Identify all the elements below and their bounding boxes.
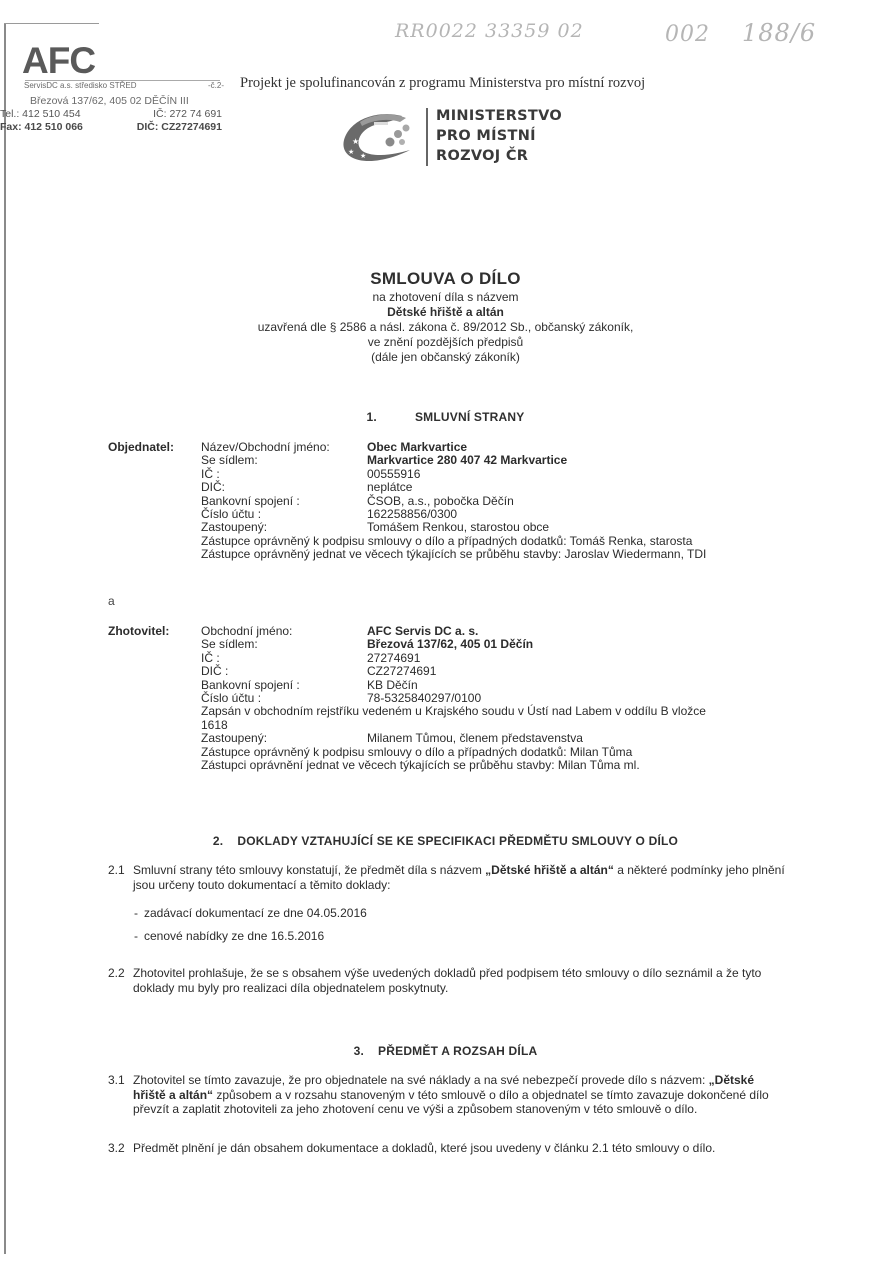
clause-number: 2.1 [108,863,125,878]
handwritten-reference: RR0022 33359 02 [395,20,584,42]
detail-value: CZ27274691 [367,665,436,678]
section-number: 1. [367,410,377,424]
company-stamp: AFC ServisDC a.s. středisko STŘED -č.2- … [0,40,230,140]
section-heading-2: 2.DOKLADY VZTAHUJÍCÍ SE KE SPECIFIKACI P… [0,834,891,848]
handwritten-number: 188/6 [742,19,816,47]
section-title: PŘEDMĚT A ROZSAH DÍLA [378,1044,537,1058]
detail-key: Se sídlem: [201,454,367,467]
detail-value: 162258856/0300 [367,508,457,521]
clause-text: Předmět plnění je dán obsahem dokumentac… [133,1141,788,1156]
svg-text:★: ★ [360,152,366,160]
clause-text-part: Smluvní strany této smlouvy konstatují, … [133,863,485,877]
ministry-divider [426,108,428,166]
title-line: uzavřená dle § 2586 a násl. zákona č. 89… [0,320,891,335]
stamp-fax: Fax: 412 510 066 [0,121,83,133]
project-name: Dětské hřiště a altán [0,305,891,320]
party-details: Obchodní jméno:AFC Servis DC a. s. Se sí… [201,625,891,772]
detail-value: Tomášem Renkou, starostou obce [367,521,549,534]
stamp-tel: Tel.: 412 510 454 [0,108,81,120]
detail-key: Obchodní jméno: [201,625,367,638]
detail-key: DIČ: [201,481,367,494]
detail-key: Název/Obchodní jméno: [201,441,367,454]
detail-row: DIČ :CZ27274691 [201,665,891,678]
commercial-register-insert: 1618 [201,719,891,732]
clause-2-1: 2.1 Smluvní strany této smlouvy konstatu… [108,863,788,892]
detail-value: 00555916 [367,468,420,481]
detail-row: Se sídlem:Markvartice 280 407 42 Markvar… [201,454,891,467]
detail-row: IČ :00555916 [201,468,891,481]
detail-row: Bankovní spojení :KB Děčín [201,679,891,692]
title-line: ve znění pozdějších předpisů [0,335,891,350]
party-label: Zhotovitel: [108,625,169,638]
detail-row: Obchodní jméno:AFC Servis DC a. s. [201,625,891,638]
document-list-item: -cenové nabídky ze dne 16.5.2016 [134,929,324,943]
party-details: Název/Obchodní jméno:Obec Markvartice Se… [201,441,891,562]
detail-key: Zastoupený: [201,732,367,745]
section-title: SMLUVNÍ STRANY [415,410,524,424]
commercial-register: Zapsán v obchodním rejstříku vedeném u K… [201,705,891,718]
clause-text: Zhotovitel se tímto zavazuje, že pro obj… [133,1073,788,1117]
funding-note: Projekt je spolufinancován z programu Mi… [240,75,645,92]
detail-row: Zastoupený:Milanem Tůmou, členem předsta… [201,732,891,745]
title-line: (dále jen občanský zákoník) [0,350,891,365]
clause-text-part: Zhotovitel se tímto zavazuje, že pro obj… [133,1073,709,1087]
ministry-name: MINISTERSTVO PRO MÍSTNÍ ROZVOJ ČR [436,106,562,166]
detail-row: DIČ:neplátce [201,481,891,494]
clause-project-name: „Dětské hřiště a altán“ [485,863,614,877]
detail-value: Obec Markvartice [367,441,467,454]
section-heading-3: 3.PŘEDMĚT A ROZSAH DÍLA [0,1044,891,1058]
ministry-line-2: PRO MÍSTNÍ [436,126,562,146]
ministry-line-1: MINISTERSTVO [436,106,562,126]
signing-representative: Zástupce oprávněný k podpisu smlouvy o d… [201,535,891,548]
clause-number: 2.2 [108,966,125,981]
construction-representative: Zástupce oprávněný jednat ve věcech týka… [201,548,891,561]
contract-title: SMLOUVA O DÍLO [0,268,891,290]
detail-value: neplátce [367,481,412,494]
clause-number: 3.2 [108,1141,125,1156]
stamp-ic: IČ: 272 74 691 [153,108,222,120]
contract-title-block: SMLOUVA O DÍLO na zhotovení díla s názve… [0,268,891,365]
list-item-text: zadávací dokumentací ze dne 04.05.2016 [144,906,367,920]
detail-key: DIČ : [201,665,367,678]
stamp-subline-left: ServisDC a.s. středisko STŘED [24,81,136,90]
clause-2-2: 2.2 Zhotovitel prohlašuje, že se s obsah… [108,966,788,995]
ministry-emblem-icon: ★ ★ ★ [340,108,418,166]
detail-key: IČ : [201,468,367,481]
clause-text-part: způsobem a v rozsahu stanoveným v této s… [133,1088,769,1117]
section-heading-1: 1.SMLUVNÍ STRANY [0,410,891,424]
conjunction: a [108,594,115,608]
detail-row: Se sídlem:Březová 137/62, 405 01 Děčín [201,638,891,651]
detail-key: Se sídlem: [201,638,367,651]
detail-value: KB Děčín [367,679,418,692]
detail-key: Zastoupený: [201,521,367,534]
svg-text:★: ★ [352,137,359,146]
signing-representative: Zástupce oprávněný k podpisu smlouvy o d… [201,746,891,759]
clause-text: Smluvní strany této smlouvy konstatují, … [133,863,788,892]
detail-value: Milanem Tůmou, členem představenstva [367,732,583,745]
party-label: Objednatel: [108,441,174,454]
clause-3-2: 3.2 Předmět plnění je dán obsahem dokume… [108,1141,788,1156]
clause-text: Zhotovitel prohlašuje, že se s obsahem v… [133,966,788,995]
stamp-dic: DIČ: CZ27274691 [137,121,222,133]
bullet-dash: - [134,906,138,920]
stamp-subline: ServisDC a.s. středisko STŘED -č.2- [24,81,224,90]
section-title: DOKLADY VZTAHUJÍCÍ SE KE SPECIFIKACI PŘE… [237,834,678,848]
construction-representative: Zástupci oprávnění jednat ve věcech týka… [201,759,891,772]
stamp-row: Tel.: 412 510 454 IČ: 272 74 691 [0,108,222,120]
detail-value: Markvartice 280 407 42 Markvartice [367,454,567,467]
detail-value: Březová 137/62, 405 01 Děčín [367,638,533,651]
document-list-item: -zadávací dokumentací ze dne 04.05.2016 [134,906,367,920]
title-line: na zhotovení díla s názvem [0,290,891,305]
ministry-line-3: ROZVOJ ČR [436,146,562,166]
detail-row: Zastoupený:Tomášem Renkou, starostou obc… [201,521,891,534]
section-number: 2. [213,834,223,848]
detail-row: Bankovní spojení :ČSOB, a.s., pobočka Dě… [201,495,891,508]
clause-3-1: 3.1 Zhotovitel se tímto zavazuje, že pro… [108,1073,788,1117]
detail-value: ČSOB, a.s., pobočka Děčín [367,495,514,508]
list-item-text: cenové nabídky ze dne 16.5.2016 [144,929,324,943]
stamp-row: Fax: 412 510 066 DIČ: CZ27274691 [0,121,222,133]
scan-edge-line [4,24,6,1254]
bullet-dash: - [134,929,138,943]
clause-number: 3.1 [108,1073,125,1088]
scan-edge-top [4,23,99,24]
section-number: 3. [354,1044,364,1058]
afc-logo: AFC [22,40,95,82]
stamp-address: Březová 137/62, 405 02 DĚČÍN III [30,95,189,107]
stamp-subline-right: -č.2- [208,81,224,90]
detail-row: Číslo účtu :162258856/0300 [201,508,891,521]
detail-key: Číslo účtu : [201,508,367,521]
handwritten-number: 002 [665,22,710,47]
svg-text:★: ★ [348,148,354,156]
detail-value: 27274691 [367,652,420,665]
detail-row: IČ :27274691 [201,652,891,665]
detail-value: AFC Servis DC a. s. [367,625,478,638]
detail-row: Název/Obchodní jméno:Obec Markvartice [201,441,891,454]
